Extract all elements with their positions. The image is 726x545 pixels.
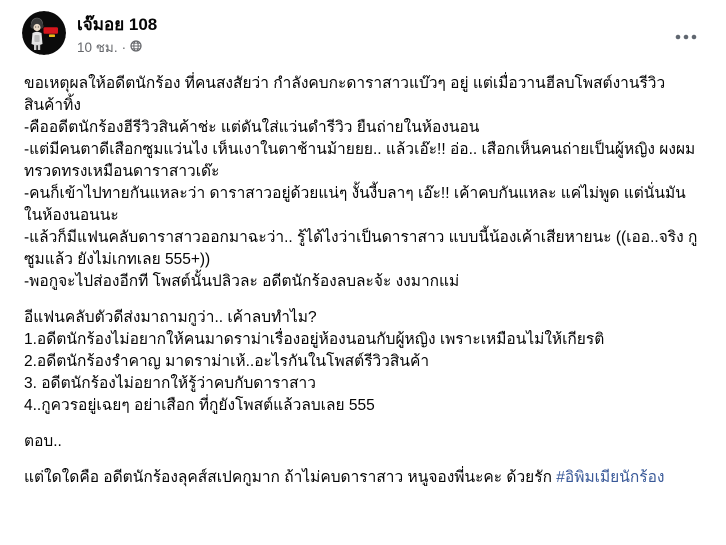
- facebook-post-card: เจ๊มอย 108 10 ชม. ·: [0, 0, 726, 545]
- blank-line: [24, 453, 700, 467]
- post-text-line: 3. อดีตนักร้องไม่อยากให้รู้ว่าคบกับดาราส…: [24, 373, 700, 395]
- privacy-public-globe-icon: [130, 40, 142, 56]
- post-body: ขอเหตุผลให้อดีตนักร้อง ที่คนสงสัยว่า กำล…: [0, 56, 726, 489]
- post-text-line: 2.อดีตนักร้องรำคาญ มาดราม่าเห้..อะไรกันใ…: [24, 351, 700, 373]
- post-text-line: -แต่มีคนตาดีเสือกซูมแว่นไง เห็นเงาในตาช้…: [24, 139, 700, 183]
- post-meta: 10 ชม. ·: [77, 39, 668, 56]
- post-text-line: ตอบ..: [24, 431, 700, 453]
- page-avatar[interactable]: [22, 11, 66, 55]
- post-header: เจ๊มอย 108 10 ชม. ·: [0, 0, 726, 56]
- post-options-button[interactable]: [668, 19, 704, 55]
- blank-line: [24, 293, 700, 307]
- post-text-line: ขอเหตุผลให้อดีตนักร้อง ที่คนสงสัยว่า กำล…: [24, 73, 700, 117]
- post-text-line: -คืออดีตนักร้องฮีรีวิวสินค้าช่ะ แต่ดันใส…: [24, 117, 700, 139]
- post-text-line: 1.อดีตนักร้องไม่อยากให้คนมาดราม่าเรื่องอ…: [24, 329, 700, 351]
- post-text-line: อีแฟนคลับตัวดีส่งมาถามกูว่า.. เค้าลบทำไม…: [24, 307, 700, 329]
- post-text-line: -แล้วก็มีแฟนคลับดาราสาวออกมาฉะว่า.. รู้ไ…: [24, 227, 700, 271]
- timestamp-link[interactable]: 10 ชม.: [77, 40, 118, 56]
- post-text-line: แต่ใดใดคือ อดีตนักร้องลุคส์สเปคกูมาก ถ้า…: [24, 467, 700, 489]
- page-name-link[interactable]: เจ๊มอย 108: [77, 14, 668, 35]
- post-text-line: -คนก็เข้าไปทายกันแหละว่า ดาราสาวอยู่ด้วย…: [24, 183, 700, 227]
- post-text-line: 4..กูควรอยู่เฉยๆ อย่าเสือก ที่กูยังโพสต์…: [24, 395, 700, 417]
- meta-separator: ·: [122, 40, 127, 56]
- blank-line: [24, 417, 700, 431]
- post-header-text: เจ๊มอย 108 10 ชม. ·: [77, 11, 668, 56]
- post-text-line: -พอกูจะไปส่องอีกที โพสต์นั้นปลิวละ อดีตน…: [24, 271, 700, 293]
- hashtag-link[interactable]: #อิพิมเมียนักร้อง: [556, 469, 664, 486]
- page-avatar-image: [22, 11, 66, 55]
- three-dots-icon: [675, 34, 697, 40]
